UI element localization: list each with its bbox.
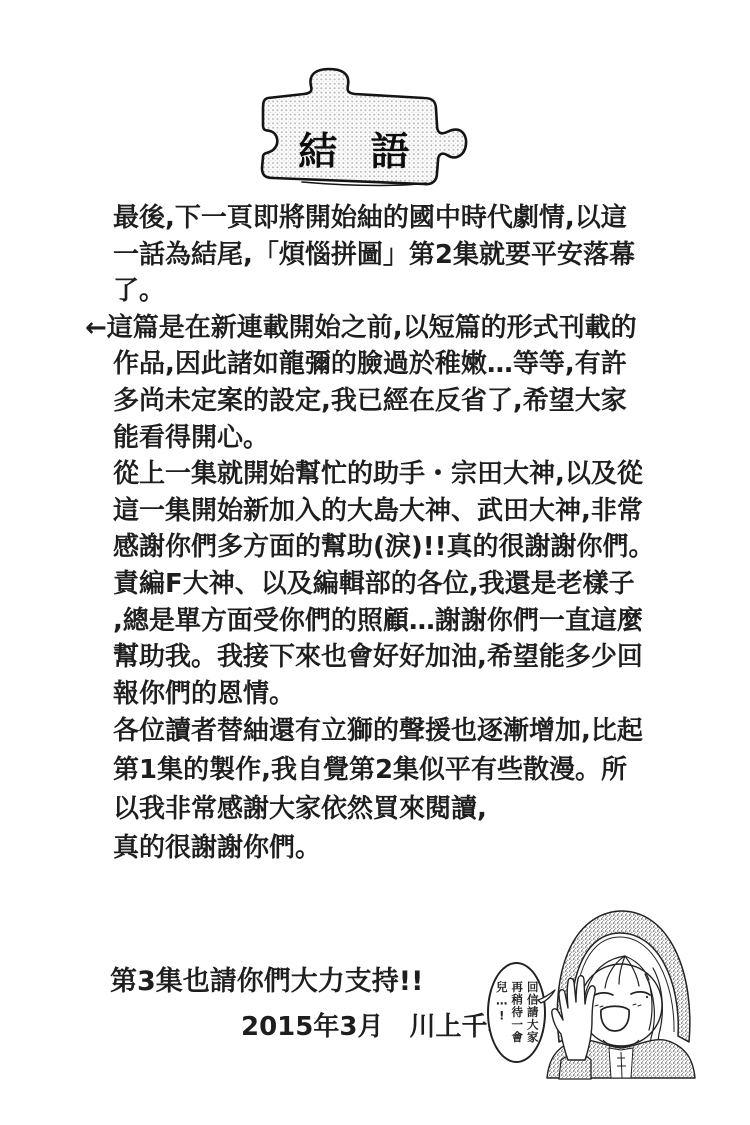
date-author-signature: 2015年3月 川上千尋	[241, 1006, 513, 1043]
paragraph-thanks-assistants: 從上一集就開始幫忙的助手・宗田大神,以及從 這一集開始新加入的大島大神、武田大神…	[113, 456, 675, 712]
volume3-support-line: 第3集也請你們大力支持!!	[110, 959, 423, 998]
page-title: 結語	[240, 121, 468, 177]
manga-afterword-page: 結語 最後,下一頁即將開始紬的國中時代劇情,以這 一話為結尾,「煩惱拼圖」第2集…	[0, 0, 750, 1125]
open-mouth	[601, 1006, 629, 1031]
paragraph-oneshot-note: ←這篇是在新連載開始之前,以短篇的形式刊載的 作品,因此諸如龍彌的臉過於稚嫩…等…	[113, 310, 675, 456]
afterword-text-block: 最後,下一頁即將開始紬的國中時代劇情,以這 一話為結尾,「煩惱拼圖」第2集就要平…	[113, 200, 675, 868]
speech-bubble-text: 回信請大家 再稍待一會 兒…!	[493, 981, 540, 1044]
speech-bubble-tail	[537, 989, 557, 1005]
paragraph-thanks-readers: 各位讀者替紬還有立獅的聲援也逐漸增加,比起 第1集的製作,我自覺第2集似平有些散…	[113, 712, 675, 868]
paragraph-intro: 最後,下一頁即將開始紬的國中時代劇情,以這 一話為結尾,「煩惱拼圖」第2集就要平…	[113, 200, 675, 310]
speech-bubble: 回信請大家 再稍待一會 兒…!	[487, 962, 546, 1063]
author-chibi-illustration	[545, 902, 703, 1080]
